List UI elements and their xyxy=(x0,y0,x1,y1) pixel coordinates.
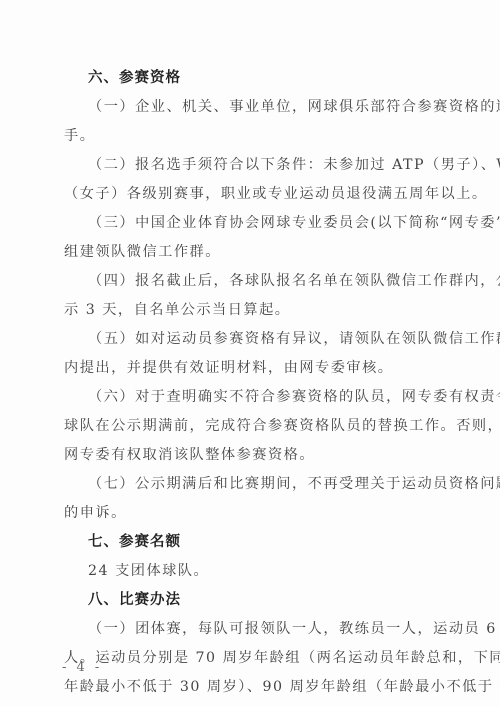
paragraph-line: （二）报名选手须符合以下条件：未参加过 ATP（男子）、WTA xyxy=(64,151,444,180)
paragraph-line: 内提出，并提供有效证明材料，由网专委审核。 xyxy=(64,354,444,383)
paragraph-line: （五）如对运动员参赛资格有异议，请领队在领队微信工作群 xyxy=(64,325,444,354)
paragraph-line: 24 支团体球队。 xyxy=(64,557,444,586)
paragraph-line: 球队在公示期满前，完成符合参赛资格队员的替换工作。否则， xyxy=(64,412,444,441)
paragraph-line: （一）团体赛，每队可报领队一人，教练员一人，运动员 6 xyxy=(64,615,444,644)
document-body: 六、参赛资格 （一）企业、机关、事业单位，网球俱乐部符合参赛资格的选 手。 （二… xyxy=(64,64,444,702)
paragraph-line: 年龄最小不低于 30 周岁）、90 周岁年龄组（年龄最小不低于 40 xyxy=(64,673,444,702)
paragraph-line: （七）公示期满后和比赛期间，不再受理关于运动员资格问题 xyxy=(64,470,444,499)
paragraph-line: 的申诉。 xyxy=(64,499,444,528)
paragraph-line: 手。 xyxy=(64,122,444,151)
paragraph-line: （四）报名截止后，各球队报名名单在领队微信工作群内，公 xyxy=(64,267,444,296)
paragraph-line: （三）中国企业体育协会网球专业委员会(以下简称“网专委”)， xyxy=(64,209,444,238)
paragraph-line: （一）企业、机关、事业单位，网球俱乐部符合参赛资格的选 xyxy=(64,93,444,122)
paragraph-line: 示 3 天，自名单公示当日算起。 xyxy=(64,296,444,325)
paragraph-line: （女子）各级别赛事，职业或专业运动员退役满五周年以上。 xyxy=(64,180,444,209)
section-heading-competition-method: 八、比赛办法 xyxy=(64,586,444,615)
document-page: 六、参赛资格 （一）企业、机关、事业单位，网球俱乐部符合参赛资格的选 手。 （二… xyxy=(0,0,500,706)
paragraph-line: （六）对于查明确实不符合参赛资格的队员，网专委有权责令 xyxy=(64,383,444,412)
section-heading-eligibility: 六、参赛资格 xyxy=(64,64,444,93)
section-heading-quota: 七、参赛名额 xyxy=(64,528,444,557)
paragraph-line: 人。运动员分别是 70 周岁年龄组（两名运动员年龄总和，下同。 xyxy=(64,644,444,673)
page-number: - 4 - xyxy=(62,660,102,675)
paragraph-line: 网专委有权取消该队整体参赛资格。 xyxy=(64,441,444,470)
paragraph-line: 组建领队微信工作群。 xyxy=(64,238,444,267)
